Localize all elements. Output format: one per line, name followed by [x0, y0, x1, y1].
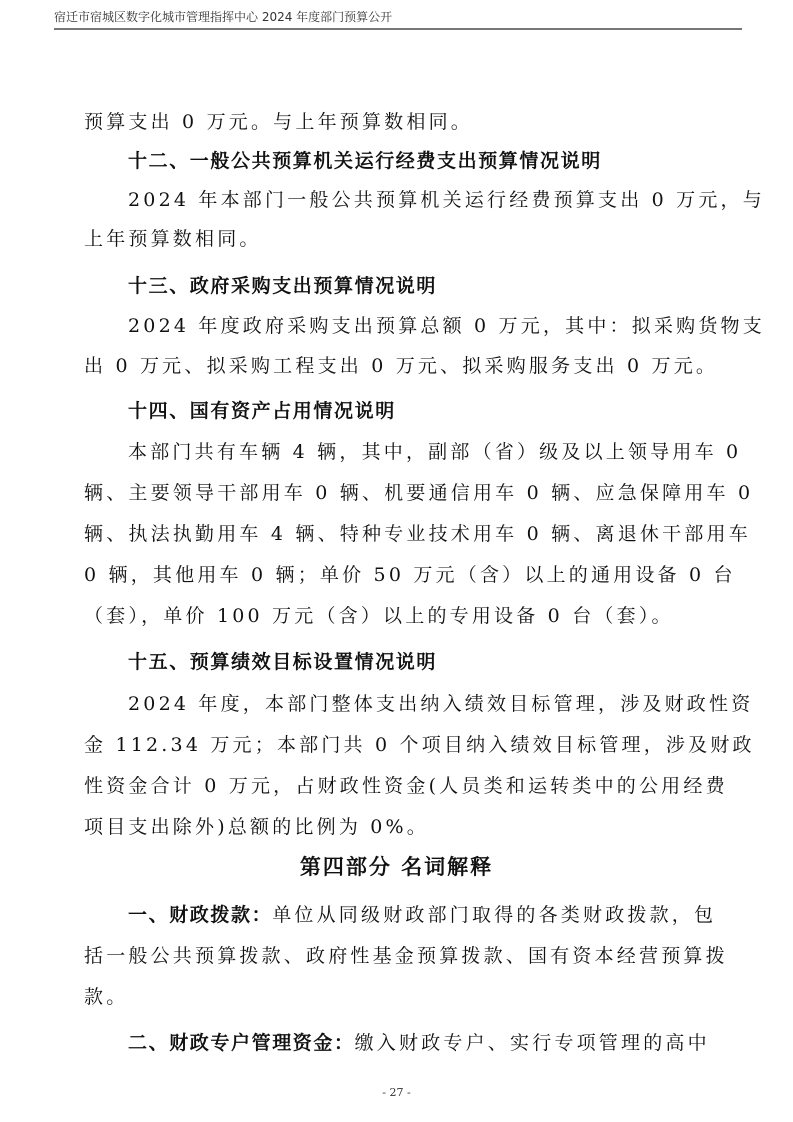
paragraph-line: 性资金合计 0 万元，占财政性资金(人员类和运转类中的公用经费 [84, 774, 728, 798]
paragraph-line: 项目支出除外)总额的比例为 0%。 [84, 815, 429, 839]
term-definition: 单位从同级财政部门取得的各类财政拨款，包 [272, 904, 716, 926]
paragraph-line: 出 0 万元、拟采购工程支出 0 万元、拟采购服务支出 0 万元。 [84, 354, 718, 378]
page-header: 宿迁市宿城区数字化城市管理指挥中心 2024 年度部门预算公开 [54, 8, 742, 25]
term-label: 二、财政专户管理资金： [128, 1032, 355, 1054]
paragraph-line: 辆、主要领导干部用车 0 辆、机要通信用车 0 辆、应急保障用车 0 [84, 481, 753, 505]
term-definition: 缴入财政专户、实行专项管理的高中 [355, 1032, 710, 1054]
paragraph-line: 2024 年本部门一般公共预算机关运行经费预算支出 0 万元，与 [128, 188, 765, 212]
term-special-account-funds: 二、财政专户管理资金：缴入财政专户、实行专项管理的高中 [128, 1031, 710, 1055]
term-definition-line: 款。 [84, 985, 128, 1009]
term-definition-line: 括一般公共预算拨款、政府性基金预算拨款、国有资本经营预算拨 [84, 944, 728, 968]
header-title: 宿迁市宿城区数字化城市管理指挥中心 2024 年度部门预算公开 [54, 8, 742, 25]
paragraph-line: 2024 年度政府采购支出预算总额 0 万元，其中：拟采购货物支 [128, 314, 765, 338]
term-financial-allocation: 一、财政拨款：单位从同级财政部门取得的各类财政拨款，包 [128, 903, 716, 927]
paragraph-line: 2024 年度，本部门整体支出纳入绩效目标管理，涉及财政性资 [128, 692, 753, 716]
paragraph-line: 本部门共有车辆 4 辆，其中，副部（省）级及以上领导用车 0 [128, 440, 741, 464]
paragraph-line: 上年预算数相同。 [84, 227, 262, 251]
term-label: 一、财政拨款： [128, 904, 272, 926]
section-heading: 十二、一般公共预算机关运行经费支出预算情况说明 [128, 149, 602, 173]
header-divider [54, 28, 742, 30]
part-title: 第四部分 名词解释 [0, 855, 793, 879]
section-heading: 十五、预算绩效目标设置情况说明 [128, 650, 437, 674]
section-heading: 十三、政府采购支出预算情况说明 [128, 274, 437, 298]
paragraph-line: 预算支出 0 万元。与上年预算数相同。 [84, 110, 473, 134]
paragraph-line: 0 辆，其他用车 0 辆；单价 50 万元（含）以上的通用设备 0 台 [84, 563, 736, 587]
paragraph-line: （套），单价 100 万元（含）以上的专用设备 0 台（套）。 [84, 604, 674, 628]
page-number: - 27 - [0, 1086, 793, 1099]
paragraph-line: 辆、执法执勤用车 4 辆、特种专业技术用车 0 辆、离退休干部用车 [84, 522, 751, 546]
paragraph-line: 金 112.34 万元；本部门共 0 个项目纳入绩效目标管理，涉及财政 [84, 733, 755, 757]
section-heading: 十四、国有资产占用情况说明 [128, 399, 396, 423]
